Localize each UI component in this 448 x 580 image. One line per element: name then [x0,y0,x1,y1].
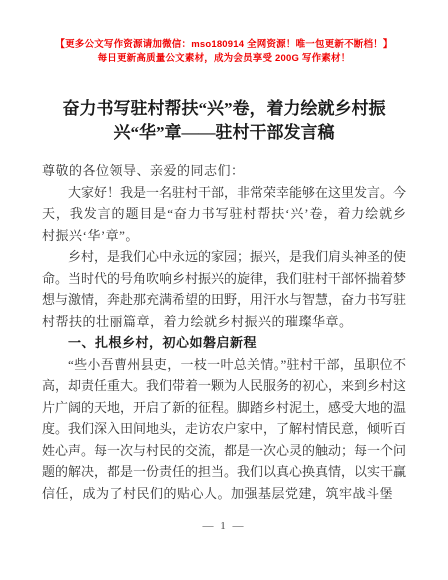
promo-header: 【更多公文写作资源请加微信：mso180914 全网资源！唯一包更新不断档！】 … [0,38,448,66]
body-line: “些小吾曹州县吏，一枝一叶总关情。”驻村干部，虽职位不 [42,354,406,376]
document-body: 尊敬的各位领导、亲爱的同志们： 大家好！我是一名驻村干部，非常荣幸能够在这里发言… [42,160,406,504]
section-heading: 一、扎根乡村，初心如磐启新程 [42,332,406,354]
body-line: 命。当时代的号角吹响乡村振兴的旋律，我们驻村干部怀揣着梦 [42,268,406,290]
promo-header-line-2: 每日更新高质量公文素材，成为会员享受 200G 写作素材！ [0,52,448,66]
body-line: 乡村，是我们心中永远的家园；振兴，是我们肩头神圣的使 [42,246,406,268]
document-title-line-2: 兴“华”章——驻村干部发言稿 [24,121,424,145]
promo-header-line-1: 【更多公文写作资源请加微信：mso180914 全网资源！唯一包更新不断档！】 [0,38,448,52]
body-line: 想与激情，奔赴那充满希望的田野，用汗水与智慧，奋力书写驻 [42,289,406,311]
body-line: 度。我们深入田间地头，走访农户家中，了解村情民意，倾听百 [42,418,406,440]
body-line: 高，却责任重大。我们带着一颗为人民服务的初心，来到乡村这 [42,375,406,397]
document-page: 【更多公文写作资源请加微信：mso180914 全网资源！唯一包更新不断档！】 … [0,0,448,580]
body-line: 片广阔的天地，开启了新的征程。脚踏乡村泥土，感受大地的温 [42,397,406,419]
page-number: — 1 — [0,520,448,532]
document-title: 奋力书写驻村帮扶“兴”卷，着力绘就乡村振 兴“华”章——驻村干部发言稿 [24,97,424,145]
document-title-line-1: 奋力书写驻村帮扶“兴”卷，着力绘就乡村振 [24,97,424,121]
body-line: 姓心声。每一次与村民的交流，都是一次心灵的触动；每一个问 [42,440,406,462]
body-line: 大家好！我是一名驻村干部，非常荣幸能够在这里发言。今 [42,182,406,204]
body-line: 信任，成为了村民们的贴心人。加强基层党建，筑牢战斗堡 [42,483,406,505]
body-line: 村振兴‘华’章”。 [42,225,406,247]
body-line: 天，我发言的题目是“奋力书写驻村帮扶‘兴’卷，着力绘就乡 [42,203,406,225]
body-line: 题的解决，都是一份责任的担当。我们以真心换真情，以实干赢 [42,461,406,483]
body-line: 村帮扶的壮丽篇章，着力绘就乡村振兴的璀璨华章。 [42,311,406,333]
salutation-line: 尊敬的各位领导、亲爱的同志们： [42,160,406,182]
